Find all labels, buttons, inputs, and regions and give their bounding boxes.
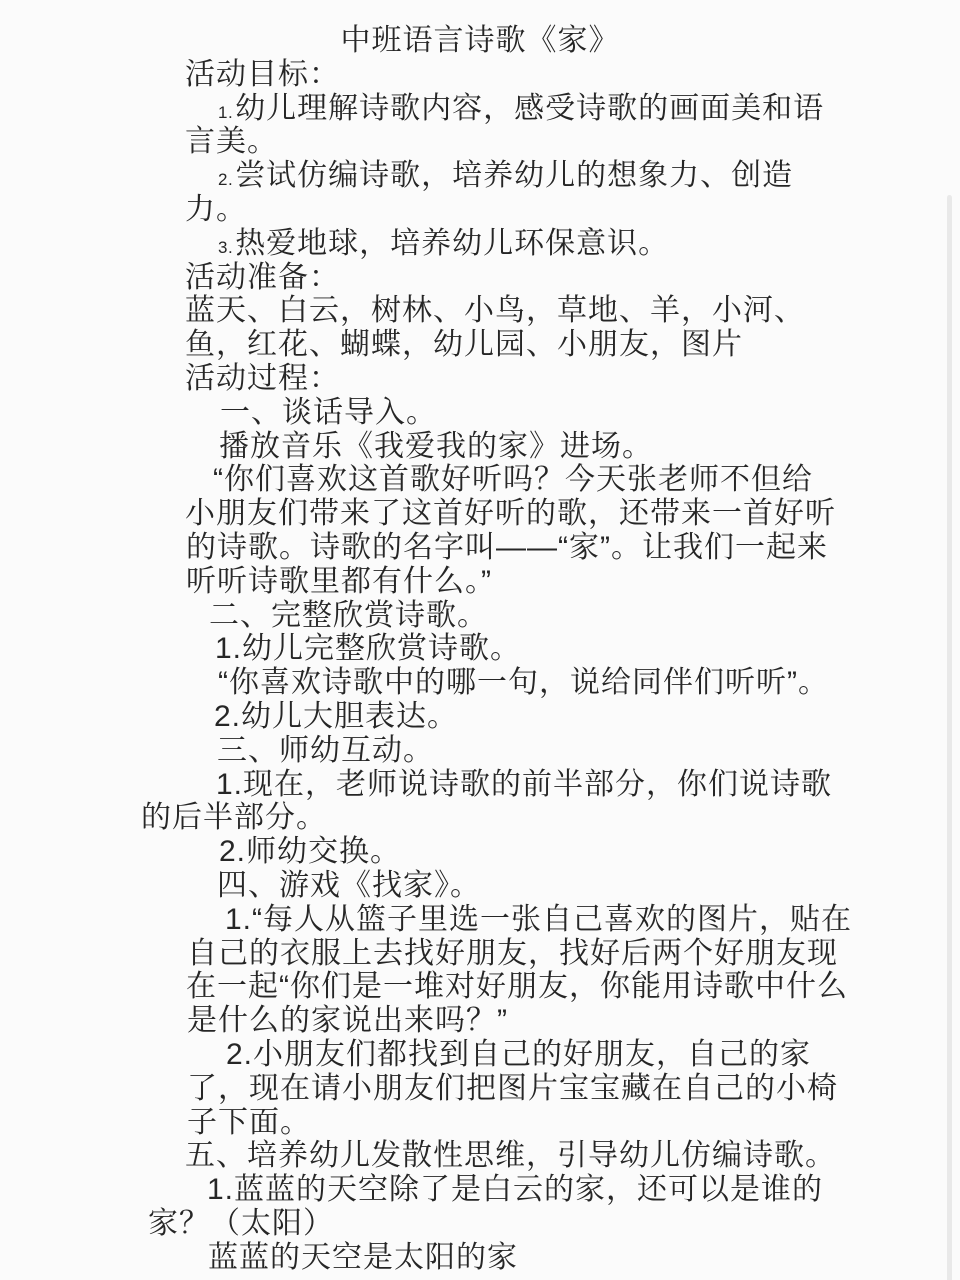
text-line: 一、谈话导入。 <box>0 396 960 430</box>
text-line: 1.“每人从篮子里选一张自己喜欢的图片，贴在 <box>0 903 960 937</box>
line-text: “你们喜欢这首歌好听吗？今天张老师不但给 <box>213 463 813 496</box>
text-line: 力。 <box>0 193 960 227</box>
line-text: 三、师幼互动。 <box>217 734 434 767</box>
text-line: 三、师幼互动。 <box>0 734 960 768</box>
line-text: 尝试仿编诗歌，培养幼儿的想象力、创造 <box>235 159 793 192</box>
list-number: 2. <box>218 170 235 189</box>
document-lines: 活动目标：1.幼儿理解诗歌内容，感受诗歌的画面美和语言美。2.尝试仿编诗歌，培养… <box>0 58 960 1275</box>
text-line: 蓝天、白云，树林、小鸟，草地、羊，小河、 <box>0 294 960 328</box>
text-line: 鱼，红花、蝴蝶，幼儿园、小朋友，图片 <box>0 328 960 362</box>
line-text: 力。 <box>185 193 247 226</box>
text-line: 听听诗歌里都有什么。” <box>0 565 960 599</box>
text-line: 在一起“你们是一堆对好朋友，你能用诗歌中什么 <box>0 970 960 1004</box>
line-text: 1.现在，老师说诗歌的前半部分，你们说诗歌 <box>216 768 832 801</box>
document-body: 中班语言诗歌《家》 活动目标：1.幼儿理解诗歌内容，感受诗歌的画面美和语言美。2… <box>0 24 960 1274</box>
line-text: 蓝蓝的天空是太阳的家 <box>208 1241 518 1274</box>
line-text: 幼儿理解诗歌内容，感受诗歌的画面美和语 <box>235 92 824 125</box>
text-line: 的后半部分。 <box>0 801 960 835</box>
line-text: 鱼，红花、蝴蝶，幼儿园、小朋友，图片 <box>185 328 743 361</box>
scrollbar-thumb[interactable] <box>947 195 952 1280</box>
line-text: 的诗歌。诗歌的名字叫——“家”。让我们一起来 <box>186 531 828 564</box>
line-text: 1.蓝蓝的天空除了是白云的家，还可以是谁的 <box>207 1173 823 1206</box>
text-line: 活动目标： <box>0 58 960 92</box>
line-text: 2.幼儿大胆表达。 <box>214 700 458 733</box>
line-text: 是什么的家说出来吗？” <box>187 1004 508 1037</box>
text-line: 四、游戏《找家》。 <box>0 869 960 903</box>
line-text: 热爱地球，培养幼儿环保意识。 <box>235 227 669 260</box>
line-text: “你喜欢诗歌中的哪一句，说给同伴们听听”。 <box>218 666 829 699</box>
line-text: 二、完整欣赏诗歌。 <box>209 599 488 632</box>
line-text: 1.幼儿完整欣赏诗歌。 <box>215 632 521 665</box>
list-number: 3. <box>218 238 235 257</box>
line-text: 1.“每人从篮子里选一张自己喜欢的图片，贴在 <box>225 903 852 936</box>
line-text: 2.小朋友们都找到自己的好朋友，自己的家 <box>226 1038 811 1071</box>
document-page: 中班语言诗歌《家》 活动目标：1.幼儿理解诗歌内容，感受诗歌的画面美和语言美。2… <box>0 0 960 1280</box>
text-line: 播放音乐《我爱我的家》进场。 <box>0 430 960 464</box>
text-line: 言美。 <box>0 125 960 159</box>
text-line: 1.现在，老师说诗歌的前半部分，你们说诗歌 <box>0 768 960 802</box>
text-line: 家？（太阳） <box>0 1207 960 1241</box>
text-line: 二、完整欣赏诗歌。 <box>0 599 960 633</box>
line-text: 活动目标： <box>185 58 340 91</box>
text-line: 活动准备： <box>0 261 960 295</box>
line-text: 活动过程： <box>185 362 340 395</box>
text-line: 是什么的家说出来吗？” <box>0 1004 960 1038</box>
text-line: 蓝蓝的天空是太阳的家 <box>0 1241 960 1275</box>
text-line: 了，现在请小朋友们把图片宝宝藏在自己的小椅 <box>0 1072 960 1106</box>
line-text: 了，现在请小朋友们把图片宝宝藏在自己的小椅 <box>187 1072 838 1105</box>
text-line: 2.小朋友们都找到自己的好朋友，自己的家 <box>0 1038 960 1072</box>
line-text: 的后半部分。 <box>141 801 327 834</box>
text-line: “你们喜欢这首歌好听吗？今天张老师不但给 <box>0 463 960 497</box>
line-text: 四、游戏《找家》。 <box>217 869 481 902</box>
text-line: 1.幼儿理解诗歌内容，感受诗歌的画面美和语 <box>0 92 960 126</box>
line-text: 言美。 <box>185 125 278 158</box>
text-line: 3.热爱地球，培养幼儿环保意识。 <box>0 227 960 261</box>
text-line: 2.幼儿大胆表达。 <box>0 700 960 734</box>
line-text: 一、谈话导入。 <box>220 396 437 429</box>
text-line: 1.幼儿完整欣赏诗歌。 <box>0 632 960 666</box>
text-line: 的诗歌。诗歌的名字叫——“家”。让我们一起来 <box>0 531 960 565</box>
line-text: 子下面。 <box>187 1106 311 1139</box>
document-title: 中班语言诗歌《家》 <box>0 24 960 58</box>
line-text: 五、培养幼儿发散性思维，引导幼儿仿编诗歌。 <box>185 1139 836 1172</box>
line-text: 播放音乐《我爱我的家》进场。 <box>219 430 653 463</box>
list-number: 1. <box>218 103 235 122</box>
line-text: 自己的衣服上去找好朋友，找好后两个好朋友现 <box>187 937 838 970</box>
text-line: 活动过程： <box>0 362 960 396</box>
line-text: 小朋友们带来了这首好听的歌，还带来一首好听 <box>185 497 836 530</box>
text-line: 1.蓝蓝的天空除了是白云的家，还可以是谁的 <box>0 1173 960 1207</box>
line-text: 听听诗歌里都有什么。” <box>186 565 492 598</box>
line-text: 活动准备： <box>185 261 340 294</box>
line-text: 家？（太阳） <box>148 1207 334 1240</box>
line-text: 在一起“你们是一堆对好朋友，你能用诗歌中什么 <box>186 970 848 1003</box>
text-line: “你喜欢诗歌中的哪一句，说给同伴们听听”。 <box>0 666 960 700</box>
text-line: 自己的衣服上去找好朋友，找好后两个好朋友现 <box>0 937 960 971</box>
text-line: 小朋友们带来了这首好听的歌，还带来一首好听 <box>0 497 960 531</box>
line-text: 蓝天、白云，树林、小鸟，草地、羊，小河、 <box>185 294 805 327</box>
text-line: 子下面。 <box>0 1106 960 1140</box>
text-line: 2.师幼交换。 <box>0 835 960 869</box>
line-text: 2.师幼交换。 <box>219 835 401 868</box>
text-line: 五、培养幼儿发散性思维，引导幼儿仿编诗歌。 <box>0 1139 960 1173</box>
text-line: 2.尝试仿编诗歌，培养幼儿的想象力、创造 <box>0 159 960 193</box>
